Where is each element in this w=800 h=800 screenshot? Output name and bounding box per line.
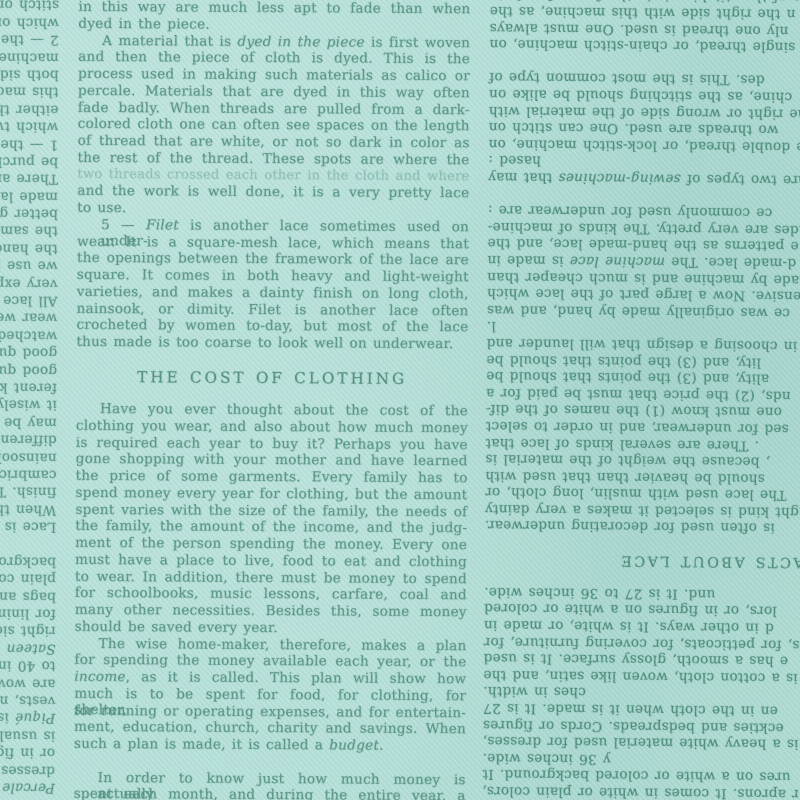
text-line: good quality, bbox=[0, 342, 57, 361]
text-line: background. bbox=[0, 551, 56, 570]
text-line: the hand-mac bbox=[0, 238, 58, 257]
text-line: two threads crossed each other in the cl… bbox=[77, 166, 469, 185]
text-line: are woven in bbox=[0, 672, 56, 691]
text-line: wear well. bbox=[0, 307, 57, 326]
text-line: which two t bbox=[0, 116, 58, 135]
text-line: When the righ bbox=[0, 498, 56, 517]
text-line: which only o bbox=[0, 11, 59, 30]
text-line: very expensiv bbox=[0, 272, 58, 291]
left-edge-text-column: stitch on thwhich only o2 — the simachin… bbox=[0, 0, 59, 796]
text-line: There are bbox=[0, 168, 58, 187]
text-line: ferent kinds, bbox=[0, 377, 57, 396]
text-line: cambric shou bbox=[0, 464, 57, 483]
text-line: we use is mad bbox=[0, 255, 58, 274]
text-line: be purchased bbox=[0, 151, 58, 170]
text-line: vests, neckti bbox=[0, 690, 55, 709]
fabric-swatch-photo: { "fabric": { "background_color": "#b2dd… bbox=[0, 0, 800, 800]
text-line: nainsook, bec bbox=[0, 446, 57, 465]
text-line: bags and in bbox=[0, 585, 56, 604]
text-line: for linings, fo bbox=[0, 603, 56, 622]
text-line: Piqué is a bbox=[0, 707, 55, 726]
text-line: machine. bbox=[0, 46, 59, 65]
text-line: right side has bbox=[0, 620, 56, 639]
text-line: Percale is a bbox=[0, 777, 55, 796]
text-line: or in figures bbox=[0, 742, 55, 761]
right-text-column: de of the stitching is in the form of a … bbox=[482, 0, 800, 800]
text-line: to 40 inches i bbox=[0, 655, 56, 674]
text-line: finish. The l bbox=[0, 481, 57, 500]
text-line: All lace w bbox=[0, 290, 58, 309]
text-line: stitch on th bbox=[0, 0, 59, 13]
text-line: is usually 36 bbox=[0, 724, 55, 743]
text-line: plain colors, bbox=[0, 568, 56, 587]
text-line: it wisely one bbox=[0, 394, 57, 413]
text-line: both sides. bbox=[0, 64, 59, 83]
text-line: spent each month, and during the entire … bbox=[74, 786, 466, 800]
text-line bbox=[0, 533, 56, 552]
text-line: the same pat bbox=[0, 220, 58, 239]
text-line: better grades bbox=[0, 203, 58, 222]
text-line: different. Th bbox=[0, 429, 57, 448]
text-line: good quality, bbox=[0, 359, 57, 378]
text-line: may be used bbox=[0, 411, 57, 430]
text-line: either the rig bbox=[0, 98, 59, 117]
text-line: made lace cor bbox=[0, 185, 58, 204]
text-line: 2 — the si bbox=[0, 29, 59, 48]
main-text-column: in this way are much less apt to fade th… bbox=[74, 0, 471, 800]
text-line: Lace is of bbox=[0, 516, 56, 535]
text-line: watched in ch bbox=[0, 324, 57, 343]
text-line: this machine bbox=[0, 81, 59, 100]
text-line: 1 — the do bbox=[0, 133, 58, 152]
text-line: dresses or apr bbox=[0, 759, 55, 778]
text-line: r aprons. It comes in white or plain col… bbox=[482, 782, 800, 800]
text-line: Sateen is a bbox=[0, 637, 56, 656]
